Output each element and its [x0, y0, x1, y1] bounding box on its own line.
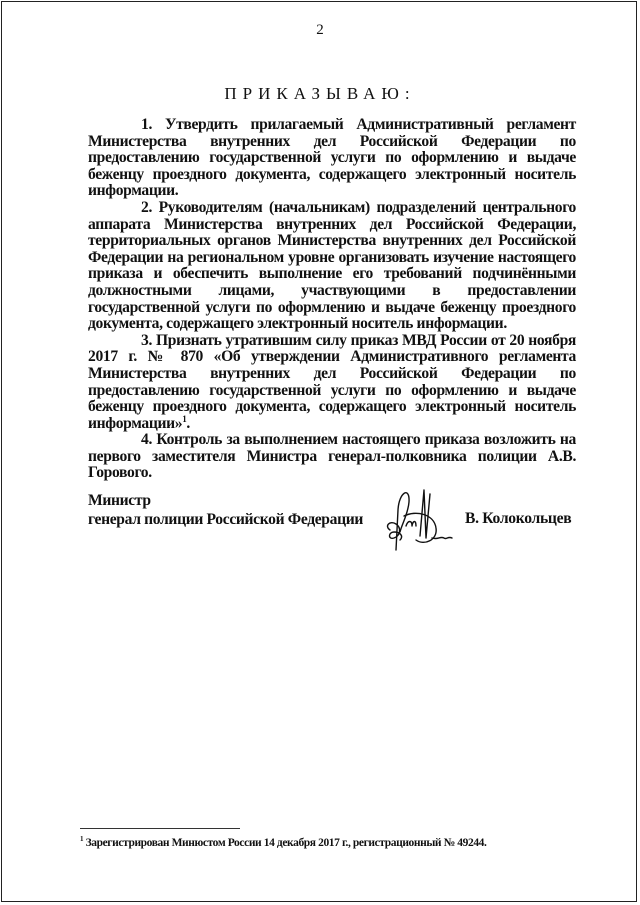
order-heading: ПРИКАЗЫВАЮ: — [0, 84, 640, 104]
footnote-text: Зарегистрирован Минюстом России 14 декаб… — [83, 837, 486, 849]
order-body: 1. Утвердить прилагаемый Административны… — [88, 117, 576, 482]
signatory-title: Министр генерал полиции Российской Федер… — [88, 491, 363, 529]
signatory-name: В. Колокольцев — [465, 510, 571, 528]
paragraph-3: 3. Признать утратившим силу приказ МВД Р… — [88, 333, 576, 433]
page-number: 2 — [0, 22, 640, 39]
paragraph-2: 2. Руководителям (начальникам) подраздел… — [88, 200, 576, 333]
paragraph-3-trailing: . — [186, 415, 190, 432]
paragraph-3-text: 3. Признать утратившим силу приказ МВД Р… — [88, 332, 576, 432]
paragraph-1: 1. Утвердить прилагаемый Административны… — [88, 117, 576, 200]
paragraph-4: 4. Контроль за выполнением настоящего пр… — [88, 432, 576, 482]
signature-icon — [380, 480, 460, 560]
signatory-title-line2: генерал полиции Российской Федерации — [88, 510, 363, 529]
signatory-title-line1: Министр — [88, 491, 363, 510]
document-page: 2 ПРИКАЗЫВАЮ: 1. Утвердить прилагаемый А… — [0, 0, 640, 905]
footnote: 1 Зарегистрирован Минюстом России 14 дек… — [80, 835, 487, 849]
footnote-separator — [80, 828, 240, 829]
